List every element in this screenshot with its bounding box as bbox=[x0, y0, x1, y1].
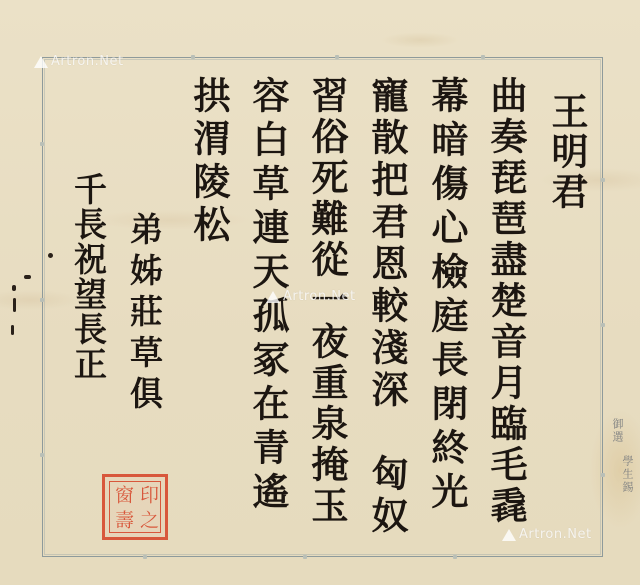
signature: 弟姊莊草俱 bbox=[128, 212, 161, 417]
seal-char: 印 bbox=[135, 482, 160, 507]
seal-characters: 印 之 窗 壽 bbox=[109, 481, 161, 533]
watermark-text: Artron.Net bbox=[283, 289, 356, 304]
text-column-1: 曲奏琵琶盡楚音月臨毛毳 bbox=[487, 76, 524, 527]
frame-knot bbox=[601, 323, 605, 327]
ink-mark bbox=[24, 275, 31, 279]
frame-knot bbox=[453, 555, 457, 559]
frame-knot bbox=[481, 55, 485, 59]
artron-logo-icon bbox=[34, 56, 48, 68]
red-seal-stamp: 印 之 窗 壽 bbox=[102, 474, 168, 540]
seal-char: 之 bbox=[135, 507, 160, 532]
frame-knot bbox=[303, 555, 307, 559]
frame-knot bbox=[40, 453, 44, 457]
artron-logo-icon bbox=[502, 529, 516, 541]
ink-mark bbox=[48, 253, 53, 258]
ink-mark bbox=[12, 285, 16, 291]
text-column-6: 拱渭陵松 bbox=[190, 76, 227, 248]
frame-knot bbox=[191, 55, 195, 59]
frame-knot bbox=[335, 55, 339, 59]
watermark-bottom-right: Artron.Net bbox=[502, 527, 592, 542]
artron-logo-icon bbox=[266, 291, 280, 303]
ink-mark bbox=[13, 298, 16, 312]
watermark-text: Artron.Net bbox=[519, 527, 592, 542]
letter-title: 王明君 bbox=[548, 92, 585, 212]
ink-mark bbox=[11, 325, 14, 335]
seal-char: 窗 bbox=[110, 482, 135, 507]
text-column-3: 寵散把君恩較淺深 匈奴 bbox=[368, 76, 405, 538]
inscription: 千長祝望長正 bbox=[72, 172, 105, 382]
frame-knot bbox=[601, 178, 605, 182]
watermark-top-left: Artron.Net bbox=[34, 54, 124, 69]
frame-knot bbox=[143, 555, 147, 559]
seal-char: 壽 bbox=[110, 507, 135, 532]
text-column-2: 幕暗傷心檢庭長閉終光 bbox=[428, 76, 465, 516]
frame-knot bbox=[40, 298, 44, 302]
frame-knot bbox=[40, 142, 44, 146]
watermark-center: Artron.Net bbox=[266, 289, 356, 304]
watermark-text: Artron.Net bbox=[51, 54, 124, 69]
marginal-note-2: 學生錫 bbox=[622, 455, 633, 494]
frame-knot bbox=[601, 473, 605, 477]
marginal-note-1: 御選 bbox=[612, 418, 623, 444]
